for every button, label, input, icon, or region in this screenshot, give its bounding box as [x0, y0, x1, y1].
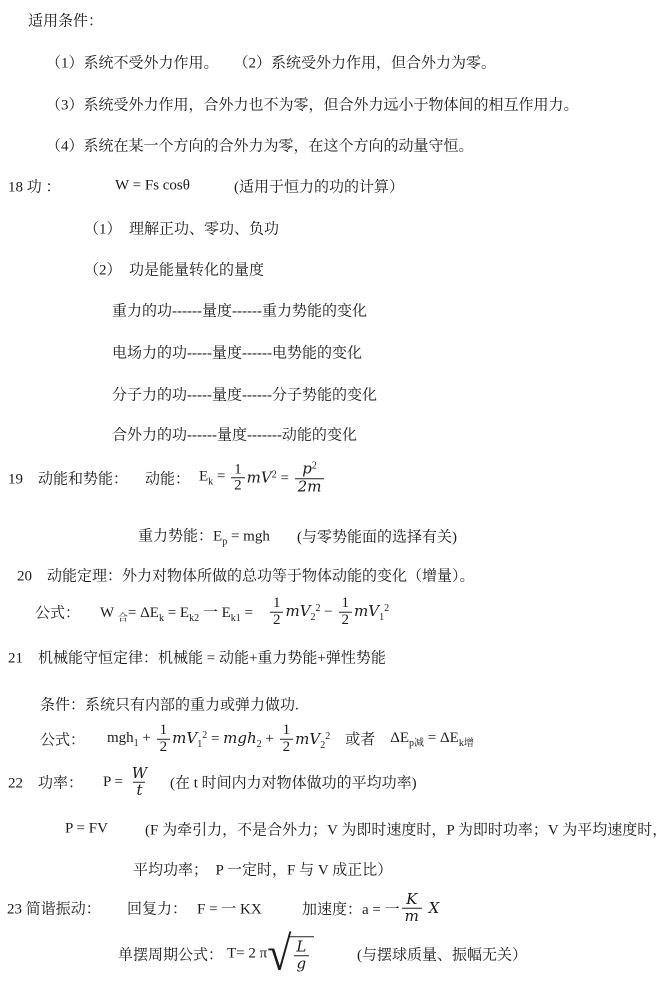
- square-root: √ Lg: [267, 936, 314, 972]
- section-18-sub2-line: （2） 功是能量转化的量度: [0, 259, 657, 279]
- pfv-formula: P = FV: [65, 821, 108, 838]
- fraction-w-over-t: Wt: [129, 766, 150, 799]
- fraction-one-half: 12: [157, 723, 171, 756]
- formula-label: 公式：: [35, 602, 80, 623]
- pfv-line: P = FV (F 为牵引力，不是合外力；V 为即时速度时，P 为即时功率；V …: [0, 819, 657, 839]
- power-formula-note: (在 t 时间内力对物体做功的平均功率): [170, 772, 417, 793]
- section-23-heading: 23 简谐振动：: [7, 898, 101, 919]
- section-22-line: 22 功率： P = Wt (在 t 时间内力对物体做功的平均功率): [0, 757, 657, 807]
- fraction-one-half: 12: [231, 462, 245, 495]
- fraction-one-half: 12: [339, 596, 353, 629]
- kinetic-energy-label: 动能：: [145, 468, 190, 489]
- section-21-condition: 条件：系统只有内部的重力或弹力做功.: [40, 694, 299, 715]
- measure-line-gravity: 重力的功------量度------重力势能的变化: [0, 300, 657, 320]
- condition-line-1: （1）系统不受外力作用。 （2）系统受外力作用，但合外力为零。: [0, 52, 657, 72]
- section-19-heading: 19 动能和势能：: [8, 468, 128, 489]
- ek-symbol: Ek =: [199, 469, 229, 488]
- acceleration-x: X: [424, 899, 439, 917]
- condition-line-3: （4）系统在某一个方向的合外力为零，在这个方向的动量守恒。: [0, 135, 657, 155]
- acceleration-formula: 加速度：a = 一 Km X: [302, 892, 439, 925]
- pfv-note-line-2: 平均功率； P 一定时，F 与 V 成正比）: [0, 859, 657, 879]
- section-18-line: 18 功 ： W = Fs cosθ (适用于恒力的功的计算）: [0, 176, 657, 196]
- radical-icon: √: [267, 936, 291, 972]
- mgh2-term: mgh2 +: [223, 729, 277, 750]
- condition-item-3: （3）系统受外力作用，合外力也不为零，但合外力远小于物体间的相互作用力。: [46, 94, 579, 115]
- measure-net-force: 合外力的功------量度-------动能的变化: [112, 424, 357, 445]
- formula-label: 公式：: [40, 729, 85, 750]
- intro-title: 适用条件：: [28, 10, 103, 31]
- fraction-l-over-g: Lg: [293, 939, 309, 972]
- section-22-heading: 22 功率：: [8, 772, 83, 793]
- power-formula: P = Wt: [103, 766, 152, 799]
- measure-line-electric: 电场力的功-----量度------电势能的变化: [0, 342, 657, 362]
- pfv-note-part1: (F 为牵引力，不是合外力；V 为即时速度时，P 为即时功率；V 为平均速度时，…: [145, 819, 657, 840]
- measure-electric: 电场力的功-----量度------电势能的变化: [112, 342, 362, 363]
- measure-gravity: 重力的功------量度------重力势能的变化: [112, 300, 367, 321]
- section-20-formula-line: 公式： W 合= ΔEk = Ek2 一 Ek1 = 12 mV22 − 12 …: [0, 588, 657, 636]
- ek-mv-squared: mV2 =: [247, 469, 293, 488]
- pfv-note-part2: 平均功率； P 一定时，F 与 V 成正比）: [133, 859, 392, 880]
- section-18-heading: 18 功 ：: [8, 176, 61, 197]
- intro-line: 适用条件：: [0, 10, 657, 30]
- section-20-heading: 20 动能定理：外力对物体所做的总功等于物体动能的变化（增量）。: [17, 565, 475, 586]
- section-18-sub2: （2） 功是能量转化的量度: [84, 259, 264, 280]
- section-19-line: 19 动能和势能： 动能： Ek = 12 mV2 = p22m: [0, 452, 657, 504]
- pendulum-formula: T= 2 π √ Lg: [227, 936, 314, 972]
- section-18-sub1-line: （1） 理解正功、零功、负功: [0, 218, 657, 238]
- mv2-squared: mV22 −: [285, 602, 336, 623]
- p-equals: P =: [103, 774, 127, 791]
- condition-item-1-2: （1）系统不受外力作用。 （2）系统受外力作用，但合外力为零。: [46, 52, 496, 73]
- delta-ep-eq-delta-ek: ΔEp减 = ΔEk增: [390, 730, 474, 749]
- restoring-force-label: 回复力：: [127, 898, 187, 919]
- potential-energy-line: 重力势能：Ep = mgh (与零势能面的选择有关): [0, 526, 657, 546]
- acceleration-label: 加速度：a = 一: [302, 898, 400, 919]
- section-21-condition-line: 条件：系统只有内部的重力或弹力做功.: [0, 694, 657, 714]
- section-20-line: 20 动能定理：外力对物体所做的总功等于物体动能的变化（增量）。: [0, 565, 657, 585]
- fraction-k-over-m: Km: [402, 892, 422, 925]
- restoring-force-formula: F = 一 KX: [197, 898, 262, 919]
- document-page: 适用条件： （1）系统不受外力作用。 （2）系统受外力作用，但合外力为零。 （3…: [0, 0, 657, 988]
- mv2-squared: mV22 或者: [295, 728, 390, 751]
- mv1-squared: mV12: [354, 602, 389, 623]
- measure-molecular: 分子力的功-----量度------分子势能的变化: [112, 384, 377, 405]
- work-formula-note: (适用于恒力的功的计算）: [234, 176, 404, 197]
- potential-energy-note: (与零势能面的选择有关): [297, 526, 457, 547]
- work-energy-theorem-formula: W 合= ΔEk = Ek2 一 Ek1 = 12 mV22 − 12 mV12: [100, 596, 389, 629]
- measure-line-net-force: 合外力的功------量度-------动能的变化: [0, 424, 657, 444]
- section-21-heading: 21 机械能守恒定律：机械能 = 动能+重力势能+弹性势能: [8, 647, 386, 668]
- measure-line-molecular: 分子力的功-----量度------分子势能的变化: [0, 384, 657, 404]
- mv1-squared: mV12 =: [172, 729, 223, 750]
- pendulum-note: (与摆球质量、振幅无关）: [357, 944, 527, 965]
- w-net-terms: W 合= ΔEk = Ek2 一 Ek1 =: [100, 601, 268, 624]
- fraction-one-half: 12: [280, 723, 294, 756]
- work-formula: W = Fs cosθ: [115, 178, 190, 195]
- kinetic-energy-formula: Ek = 12 mV2 = p22m: [199, 461, 326, 495]
- radicand: Lg: [288, 936, 314, 972]
- pendulum-label: 单摆周期公式：: [118, 944, 223, 965]
- section-21-line: 21 机械能守恒定律：机械能 = 动能+重力势能+弹性势能: [0, 647, 657, 667]
- fraction-one-half: 12: [270, 596, 284, 629]
- pendulum-line: 单摆周期公式： T= 2 π √ Lg (与摆球质量、振幅无关）: [0, 925, 657, 983]
- condition-line-2: （3）系统受外力作用，合外力也不为零，但合外力远小于物体间的相互作用力。: [0, 94, 657, 114]
- condition-item-4: （4）系统在某一个方向的合外力为零，在这个方向的动量守恒。: [46, 135, 474, 156]
- fraction-p-squared-2m: p22m: [295, 461, 325, 495]
- mgh1-term: mgh1 +: [107, 730, 155, 749]
- t-equals-2pi: T= 2 π: [227, 946, 267, 963]
- mechanical-energy-formula: mgh1 + 12 mV12 = mgh2 + 12 mV22 或者 ΔEp减 …: [107, 723, 474, 756]
- potential-energy-formula: 重力势能：Ep = mgh: [138, 525, 270, 548]
- section-18-sub1: （1） 理解正功、零功、负功: [84, 218, 279, 239]
